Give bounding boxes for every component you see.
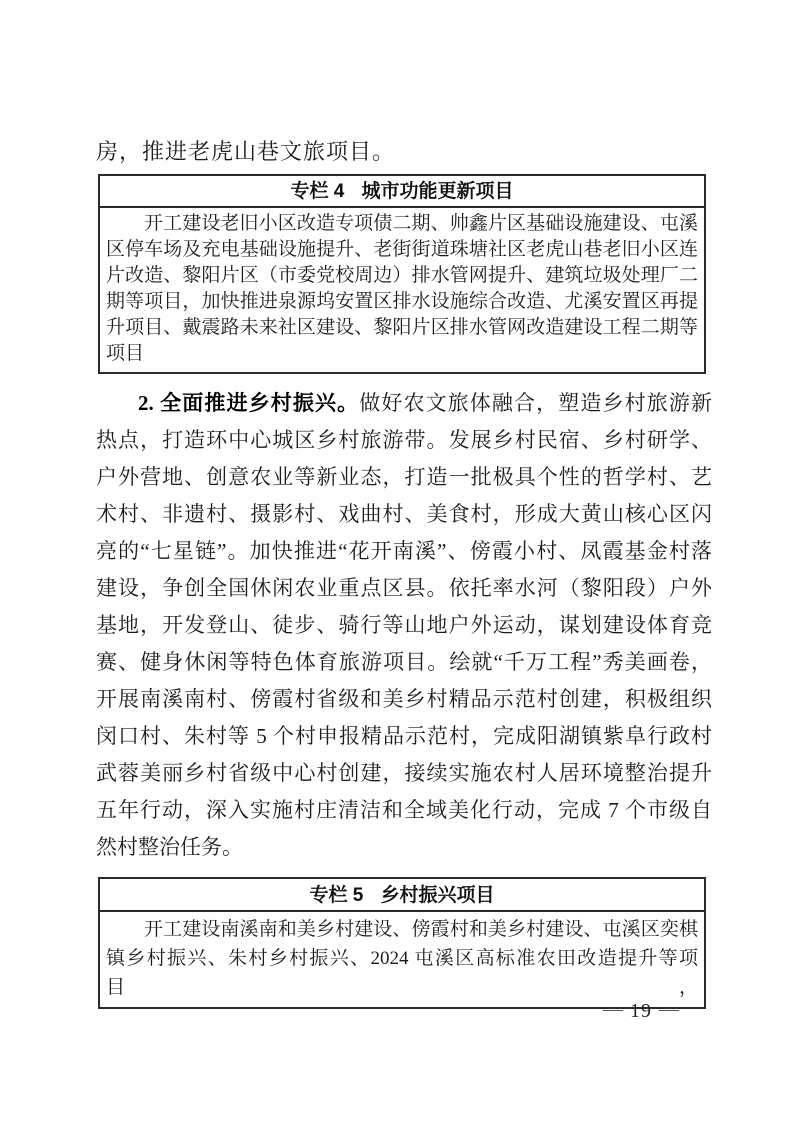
project-box-5: 专栏 5乡村振兴项目 开工建设南溪南和美乡村建设、傍霞村和美乡村建设、屯溪区奕棋…	[98, 877, 706, 1009]
box5-title: 乡村振兴项目	[380, 885, 494, 906]
box4-body-line: 片改造、黎阳片区（市委党校周边）排水管网提升、建筑垃圾处理厂二	[106, 263, 698, 289]
box5-second-line: 镇乡村振兴、朱村乡村振兴、2024 屯溪区高标准农田改造提升等项目，	[106, 944, 698, 1002]
box5-label: 专栏 5	[310, 885, 364, 906]
document-page: 房，推进老虎山巷文旅项目。 专栏 4城市功能更新项目 开工建设老旧小区改造专项债…	[0, 0, 794, 1122]
project-box-4: 专栏 4城市功能更新项目 开工建设老旧小区改造专项债二期、帅鑫片区基础设施建设、…	[98, 174, 706, 374]
paragraph-line: 武蓉美丽乡村省级中心村创建，接续实施农村人居环境整治提升	[96, 755, 712, 792]
box5-first-line: 开工建设南溪南和美乡村建设、傍霞村和美乡村建设、屯溪区奕棋	[106, 915, 698, 944]
page-number-dash-right: —	[659, 998, 679, 1020]
box4-first-line: 开工建设老旧小区改造专项债二期、帅鑫片区基础设施建设、屯溪	[106, 211, 698, 237]
paragraph-middle-lines: 热点，打造环中心城区乡村旅游带。发展乡村民宿、乡村研学、户外营地、创意农业等新业…	[96, 422, 712, 829]
paragraph-line: 开展南溪南村、傍霞村省级和美乡村精品示范村创建，积极组织	[96, 681, 712, 718]
box4-middle-lines: 区停车场及充电基础设施提升、老街街道珠塘社区老虎山巷老旧小区连片改造、黎阳片区（…	[106, 237, 698, 341]
paragraph-last-line: 然村整治任务。	[96, 829, 712, 866]
paragraph-first-line-rest: 做好农文旅体融合，塑造乡村旅游新	[359, 391, 712, 415]
paragraph-line: 闵口村、朱村等 5 个村申报精品示范村，完成阳湖镇紫阜行政村	[96, 718, 712, 755]
paragraph-line: 基地，开发登山、徒步、骑行等山地户外运动，谋划建设体育竞	[96, 607, 712, 644]
box4-body: 开工建设老旧小区改造专项债二期、帅鑫片区基础设施建设、屯溪 区停车场及充电基础设…	[100, 208, 704, 372]
paragraph-first-line: 2. 全面推进乡村振兴。做好农文旅体融合，塑造乡村旅游新	[96, 385, 712, 422]
box4-label: 专栏 4	[291, 181, 345, 202]
continuation-line: 房，推进老虎山巷文旅项目。	[96, 137, 712, 167]
box4-body-line: 期等项目，加快推进泉源坞安置区排水设施综合改造、尤溪安置区再提	[106, 289, 698, 315]
page-number-dash-left: —	[603, 998, 623, 1020]
box4-body-line: 区停车场及充电基础设施提升、老街街道珠塘社区老虎山巷老旧小区连	[106, 237, 698, 263]
paragraph-line: 术村、非遗村、摄影村、戏曲村、美食村，形成大黄山核心区闪	[96, 496, 712, 533]
paragraph-line: 赛、健身休闲等特色体育旅游项目。绘就“千万工程”秀美画卷，	[96, 644, 712, 681]
box5-header: 专栏 5乡村振兴项目	[100, 879, 704, 912]
box4-body-line: 升项目、戴震路未来社区建设、黎阳片区排水管网改造建设工程二期等	[106, 315, 698, 341]
paragraph-rural-revitalization: 2. 全面推进乡村振兴。做好农文旅体融合，塑造乡村旅游新 热点，打造环中心城区乡…	[96, 385, 712, 866]
box4-title: 城市功能更新项目	[361, 181, 513, 202]
paragraph-line: 热点，打造环中心城区乡村旅游带。发展乡村民宿、乡村研学、	[96, 422, 712, 459]
paragraph-line: 五年行动，深入实施村庄清洁和全域美化行动，完成 7 个市级自	[96, 792, 712, 829]
paragraph-lead-bold: 2. 全面推进乡村振兴。	[138, 391, 359, 415]
box5-body: 开工建设南溪南和美乡村建设、傍霞村和美乡村建设、屯溪区奕棋 镇乡村振兴、朱村乡村…	[100, 912, 704, 1007]
page-number: —19—	[561, 1000, 721, 1023]
box4-header: 专栏 4城市功能更新项目	[100, 176, 704, 208]
box4-last-line: 项目	[106, 341, 698, 367]
paragraph-line: 亮的“七星链”。加快推进“花开南溪”、傍霞小村、凤霞基金村落	[96, 533, 712, 570]
paragraph-line: 户外营地、创意农业等新业态，打造一批极具个性的哲学村、艺	[96, 459, 712, 496]
paragraph-line: 建设，争创全国休闲农业重点区县。依托率水河（黎阳段）户外	[96, 570, 712, 607]
page-number-value: 19	[630, 1000, 652, 1022]
